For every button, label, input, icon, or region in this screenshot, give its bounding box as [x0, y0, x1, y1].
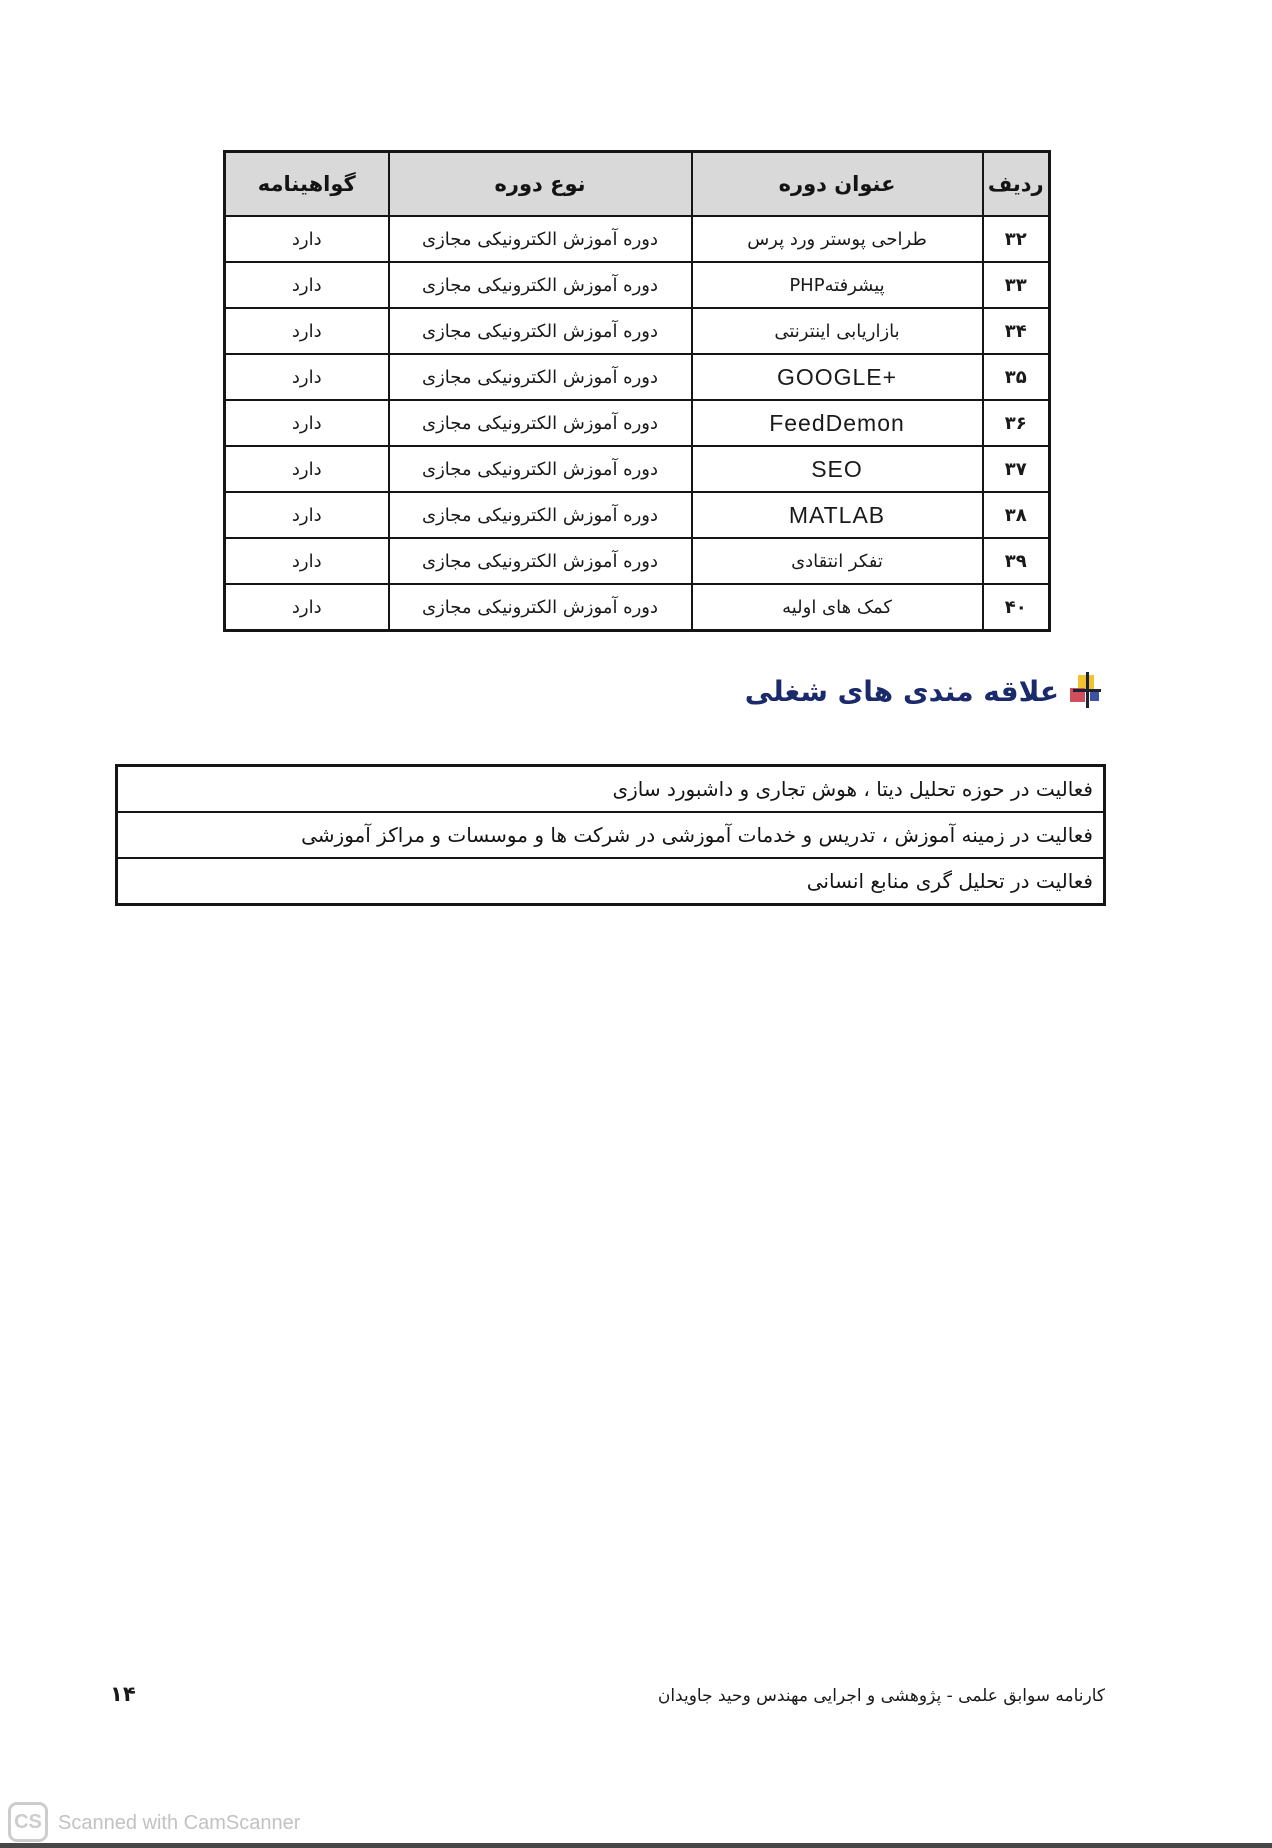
- cell-row-number: ۳۹: [983, 538, 1050, 584]
- courses-table-container: ردیف عنوان دوره نوع دوره گواهینامه ۳۲طرا…: [223, 150, 1048, 632]
- header-cell-course-type: نوع دوره: [389, 152, 692, 217]
- bullet-blue-square: [1090, 692, 1099, 701]
- cell-course-title: تفکر انتقادی: [692, 538, 983, 584]
- cell-course-title: کمک های اولیه: [692, 584, 983, 631]
- cell-course-title: FeedDemon: [692, 400, 983, 446]
- cell-course-title: MATLAB: [692, 492, 983, 538]
- course-row: ۳۴بازاریابی اینترنتیدوره آموزش الکترونیک…: [225, 308, 1050, 354]
- courses-header-row: ردیف عنوان دوره نوع دوره گواهینامه: [225, 152, 1050, 217]
- scan-bottom-edge-bar: [0, 1843, 1272, 1848]
- course-row: ۳۵GOOGLE+دوره آموزش الکترونیکی مجازیدارد: [225, 354, 1050, 400]
- course-row: ۴۰کمک های اولیهدوره آموزش الکترونیکی مجا…: [225, 584, 1050, 631]
- cell-course-title: GOOGLE+: [692, 354, 983, 400]
- cell-course-type: دوره آموزش الکترونیکی مجازی: [389, 584, 692, 631]
- cell-course-title: پیشرفتهPHP: [692, 262, 983, 308]
- scanned-document-page: ردیف عنوان دوره نوع دوره گواهینامه ۳۲طرا…: [0, 0, 1272, 1848]
- cell-course-type: دوره آموزش الکترونیکی مجازی: [389, 492, 692, 538]
- cell-course-title: طراحی پوستر ورد پرس: [692, 216, 983, 262]
- cell-row-number: ۳۸: [983, 492, 1050, 538]
- job-interests-table: فعالیت در حوزه تحلیل دیتا ، هوش تجاری و …: [115, 764, 1106, 906]
- course-row: ۳۸MATLABدوره آموزش الکترونیکی مجازیدارد: [225, 492, 1050, 538]
- header-cell-course-title: عنوان دوره: [692, 152, 983, 217]
- camscanner-logo-icon: CS: [8, 1802, 48, 1842]
- page-number: ۱۴: [110, 1682, 136, 1706]
- interest-row: فعالیت در زمینه آموزش ، تدریس و خدمات آم…: [118, 813, 1103, 859]
- job-interests-heading: علاقه مندی های شغلی: [745, 668, 1103, 714]
- cell-certificate: دارد: [225, 308, 389, 354]
- cell-course-title: بازاریابی اینترنتی: [692, 308, 983, 354]
- course-row: ۳۷SEOدوره آموزش الکترونیکی مجازیدارد: [225, 446, 1050, 492]
- cell-row-number: ۳۴: [983, 308, 1050, 354]
- cell-course-type: دوره آموزش الکترونیکی مجازی: [389, 354, 692, 400]
- cell-row-number: ۳۲: [983, 216, 1050, 262]
- interest-row: فعالیت در حوزه تحلیل دیتا ، هوش تجاری و …: [118, 767, 1103, 813]
- course-row: ۳۹تفکر انتقادیدوره آموزش الکترونیکی مجاز…: [225, 538, 1050, 584]
- cell-certificate: دارد: [225, 216, 389, 262]
- camscanner-watermark-label: Scanned with CamScanner: [58, 1812, 300, 1835]
- cell-certificate: دارد: [225, 538, 389, 584]
- cell-certificate: دارد: [225, 492, 389, 538]
- course-row: ۳۲طراحی پوستر ورد پرسدوره آموزش الکترونی…: [225, 216, 1050, 262]
- cell-certificate: دارد: [225, 400, 389, 446]
- header-cell-row-number: ردیف: [983, 152, 1050, 217]
- job-interests-heading-label: علاقه مندی های شغلی: [745, 675, 1059, 708]
- interest-row: فعالیت در تحلیل گری منابع انسانی: [118, 859, 1103, 903]
- cell-row-number: ۳۳: [983, 262, 1050, 308]
- colored-plus-bullet-icon: [1069, 672, 1103, 710]
- cell-certificate: دارد: [225, 354, 389, 400]
- cell-row-number: ۳۶: [983, 400, 1050, 446]
- cell-certificate: دارد: [225, 262, 389, 308]
- courses-table: ردیف عنوان دوره نوع دوره گواهینامه ۳۲طرا…: [223, 150, 1051, 632]
- cell-course-type: دوره آموزش الکترونیکی مجازی: [389, 400, 692, 446]
- cell-course-type: دوره آموزش الکترونیکی مجازی: [389, 446, 692, 492]
- cell-row-number: ۳۷: [983, 446, 1050, 492]
- cell-certificate: دارد: [225, 446, 389, 492]
- cell-course-type: دوره آموزش الکترونیکی مجازی: [389, 262, 692, 308]
- cell-row-number: ۳۵: [983, 354, 1050, 400]
- bullet-plus-horizontal: [1073, 689, 1101, 692]
- cell-course-type: دوره آموزش الکترونیکی مجازی: [389, 308, 692, 354]
- footer-document-title: کارنامه سوابق علمی - پژوهشی و اجرایی مهن…: [658, 1686, 1105, 1706]
- header-cell-certificate: گواهینامه: [225, 152, 389, 217]
- course-row: ۳۶FeedDemonدوره آموزش الکترونیکی مجازیدا…: [225, 400, 1050, 446]
- course-row: ۳۳پیشرفتهPHPدوره آموزش الکترونیکی مجازید…: [225, 262, 1050, 308]
- cell-certificate: دارد: [225, 584, 389, 631]
- cell-course-type: دوره آموزش الکترونیکی مجازی: [389, 216, 692, 262]
- cell-row-number: ۴۰: [983, 584, 1050, 631]
- cell-course-title: SEO: [692, 446, 983, 492]
- cell-course-type: دوره آموزش الکترونیکی مجازی: [389, 538, 692, 584]
